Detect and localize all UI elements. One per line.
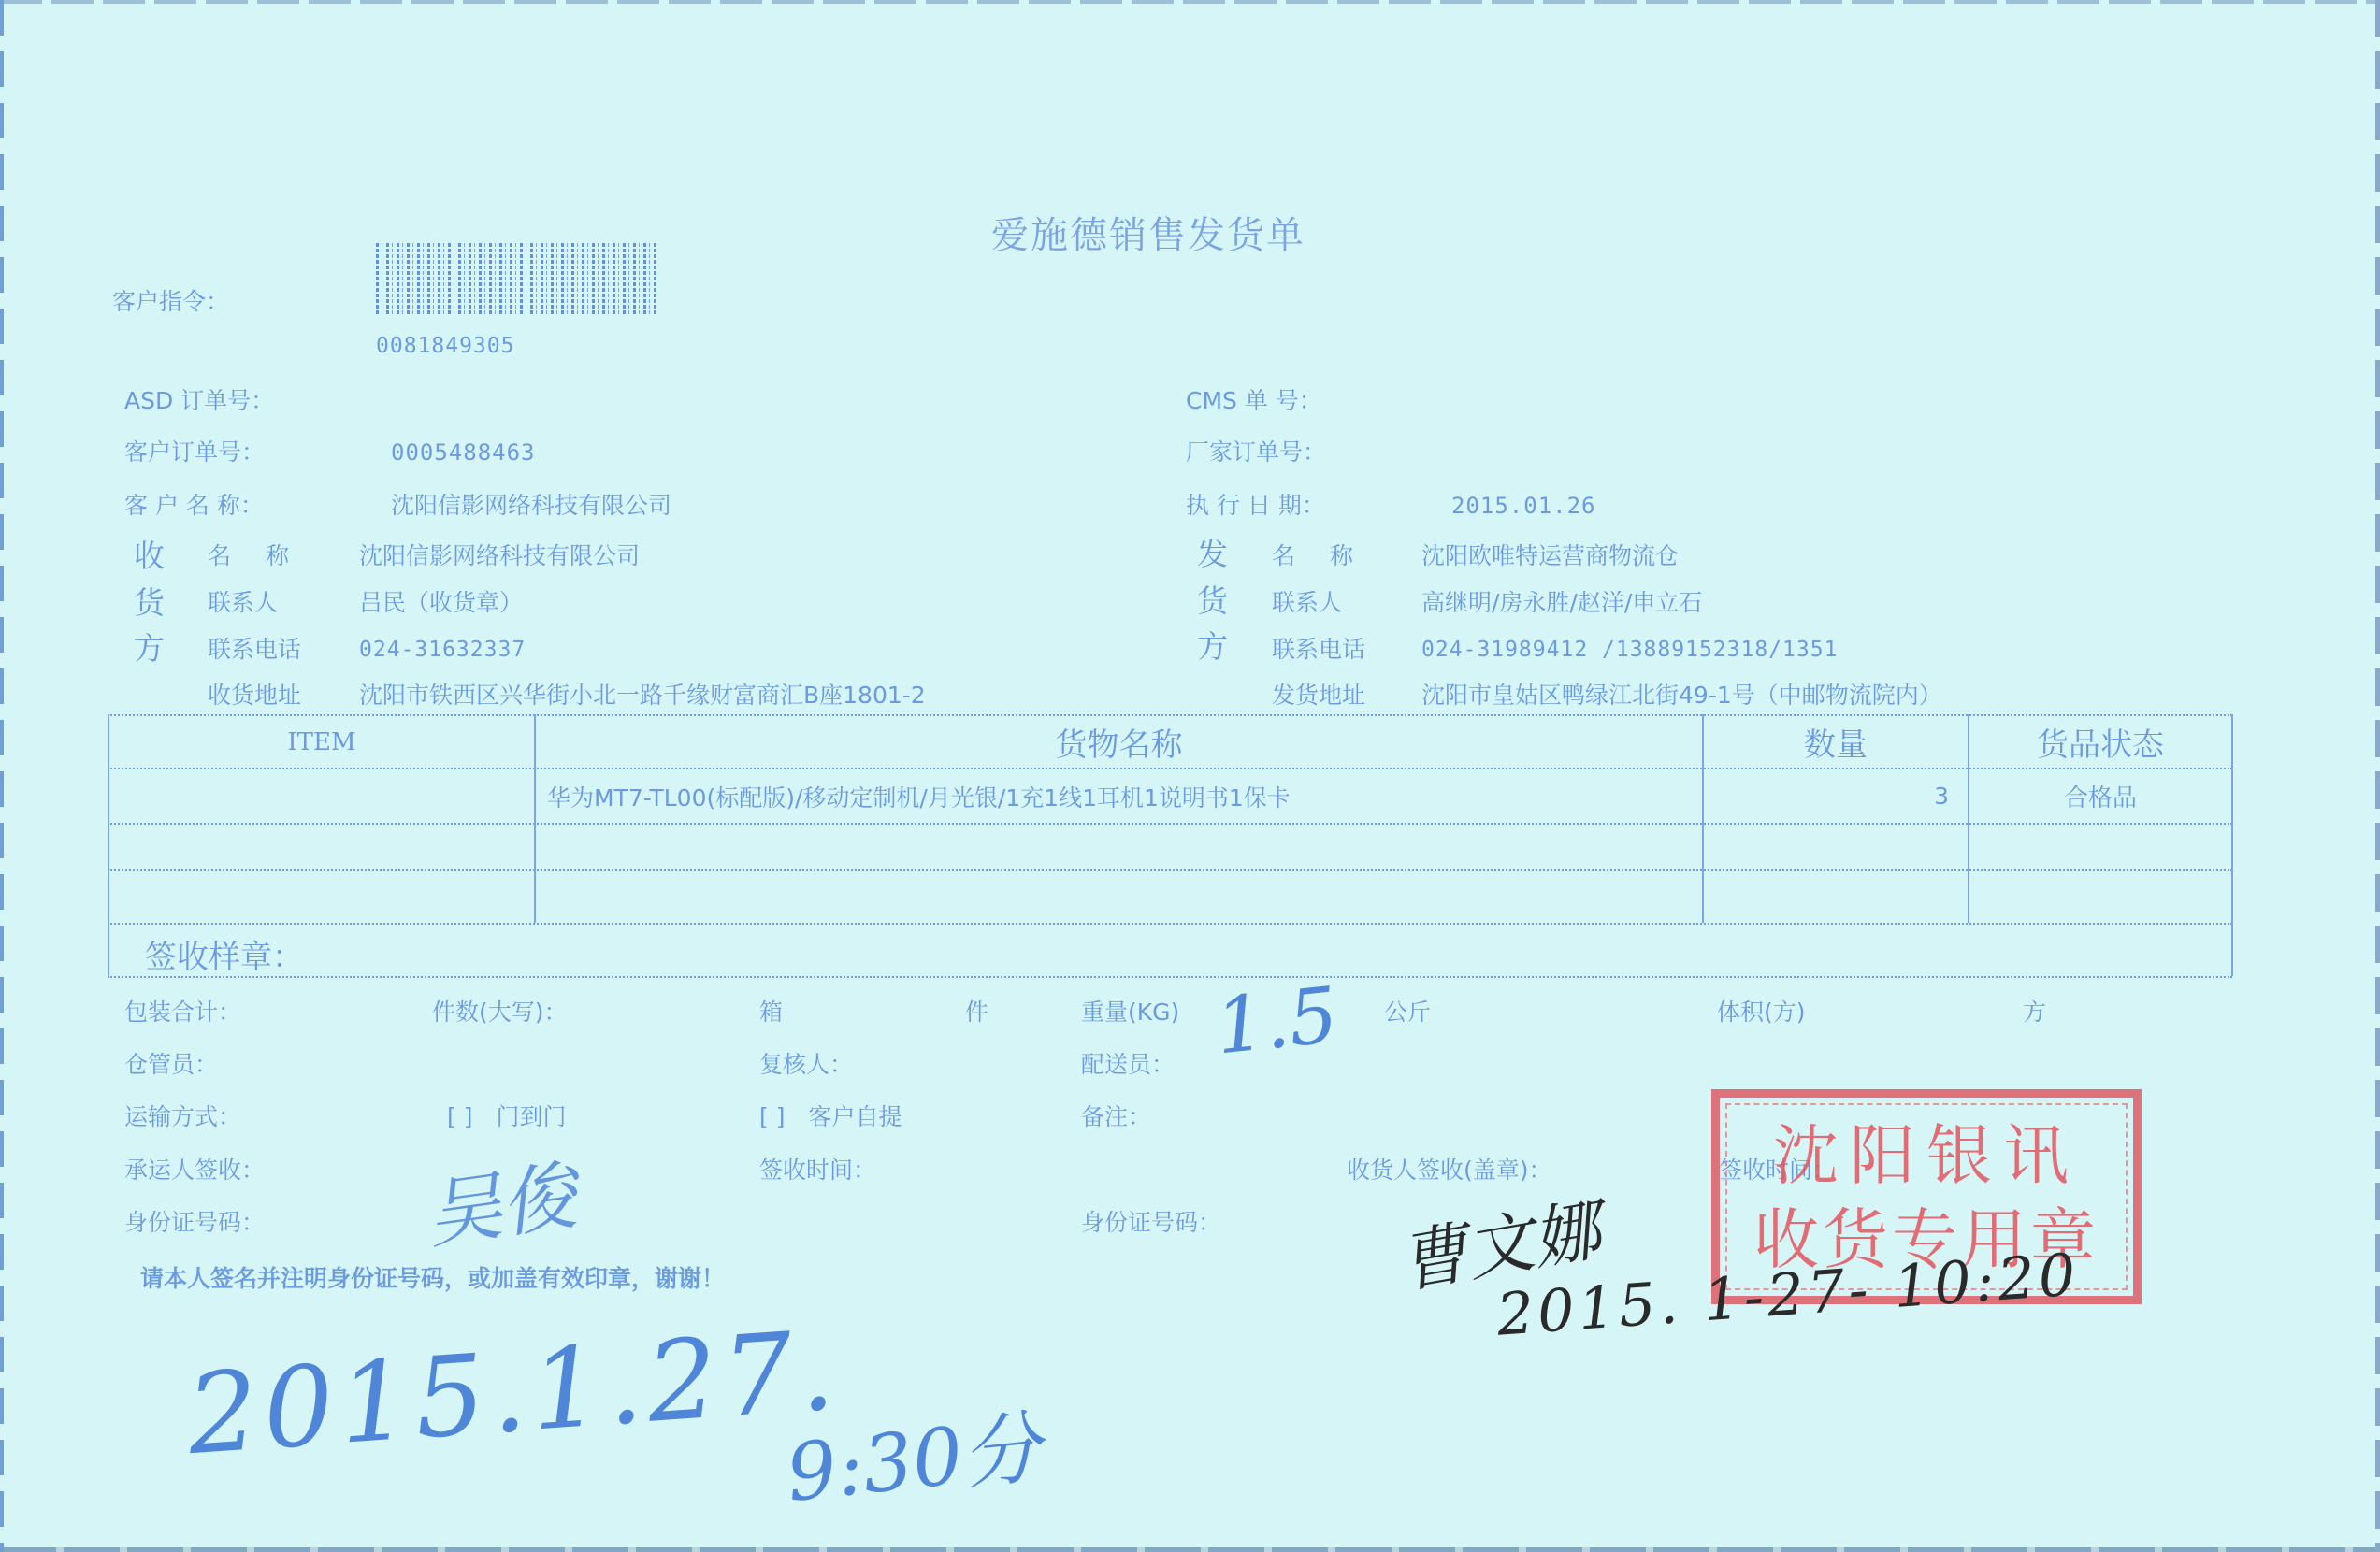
receiver-side-char-3: 方 [134,632,165,666]
weight-label: 重量(KG) [1081,999,1179,1027]
row-goods-name [547,825,1697,869]
carrier-sign-label: 承运人签收： [124,1157,265,1185]
paper-perforation-right [2375,0,2380,1552]
receiver-contact: 吕民（收货章） [359,589,523,617]
paper-perforation-left [0,0,4,1552]
customer-name-value: 沈阳信影网络科技有限公司 [391,492,671,520]
receiver-address-label: 收货地址 [208,682,301,710]
shipper-side-char-3: 方 [1197,630,1228,664]
shipper-side-char-2: 货 [1197,584,1228,618]
warehouse-label: 仓管员： [124,1051,218,1079]
volume-label: 体积(方) [1717,999,1806,1027]
column-header-status: 货品状态 [1969,716,2231,768]
column-header-quantity: 数量 [1704,716,1968,768]
shipper-contact-label: 联系人 [1272,589,1342,617]
barcode-icon [376,241,658,314]
cms-order-label: CMS 单 号： [1186,387,1322,415]
receiver-side-char-1: 收 [134,539,165,573]
receiver-contact-label: 联系人 [208,589,278,617]
receiver-phone: 024-31632337 [359,636,526,664]
box-label: 箱 [759,999,783,1027]
sign-sample-label: 签收样章： [145,939,304,976]
signature-notice: 请本人签名并注明身份证号码，或加盖有效印章，谢谢！ [140,1265,725,1293]
receiver-phone-label: 联系电话 [208,636,301,664]
receiver-address: 沈阳市铁西区兴华街小北一路千缘财富商汇B座1801-2 [359,682,926,710]
remark-label: 备注： [1081,1103,1151,1131]
customer-name-label: 客 户 名 称： [124,492,264,520]
paper-perforation-top [0,0,2380,4]
row-goods-name [547,871,1697,923]
pieces-label: 件数(大写)： [432,999,568,1027]
sign-time-label: 签收时间： [759,1157,876,1185]
column-header-goods-name: 货物名称 [536,716,1702,768]
piece-label: 件 [965,999,988,1027]
customer-order-label: 客户订单号： [124,438,265,467]
table-line [2231,714,2233,976]
receiver-sign-label: 收货人签收(盖章)： [1347,1157,1552,1185]
row-quantity: 3 [1704,769,1949,823]
shipper-address: 沈阳市皇姑区鸭绿江北街49-1号（中邮物流院内） [1421,682,1942,710]
receiver-name: 沈阳信影网络科技有限公司 [359,542,640,570]
table-line [108,923,2232,925]
shipper-contact: 高继明/房永胜/赵洋/申立石 [1421,589,1702,617]
package-total-label: 包装合计： [124,999,241,1027]
receiver-name-label: 名 称 [208,542,295,570]
carrier-signature: 吴俊 [419,1135,582,1262]
handwritten-date: 2015.1.27. [183,1305,844,1479]
paper-perforation-bottom [0,1547,2380,1552]
id-number-label-left: 身份证号码： [124,1209,265,1237]
exec-date-label: 执 行 日 期： [1186,492,1325,520]
stamp-line-1: 沈阳银讯 [1720,1118,2133,1193]
shipper-name: 沈阳欧唯特运营商物流仓 [1421,542,1679,570]
weight-unit: 公斤 [1384,999,1431,1027]
receiver-side-char-2: 货 [134,586,165,620]
reviewer-label: 复核人： [759,1051,853,1079]
door-to-door-checkbox[interactable]: [ ] 门到门 [447,1103,566,1131]
table-line [108,976,2232,978]
courier-label: 配送员： [1081,1051,1175,1079]
handwritten-weight: 1.5 [1211,970,1342,1071]
row-status: 合格品 [1969,769,2231,823]
shipper-phone: 024-31989412 /13889152318/1351 [1421,636,1838,664]
row-item [109,769,534,823]
column-header-item: ITEM [109,716,534,768]
shipper-address-label: 发货地址 [1272,682,1365,710]
id-number-label-right: 身份证号码： [1081,1209,1221,1237]
shipper-name-label: 名 称 [1272,542,1359,570]
customer-instruction-label: 客户指令： [112,288,229,316]
factory-order-label: 厂家订单号： [1186,438,1326,467]
exec-date-value: 2015.01.26 [1451,492,1596,520]
customer-pickup-checkbox[interactable]: [ ] 客户自提 [759,1103,902,1131]
volume-unit: 方 [2023,999,2046,1027]
transport-label: 运输方式： [124,1103,241,1131]
customer-instruction-value: 0081849305 [376,332,514,360]
shipper-side-char-1: 发 [1197,538,1228,571]
row-goods-name: 华为MT7-TL00(标配版)/移动定制机/月光银/1充1线1耳机1说明书1保卡 [547,769,1697,823]
shipper-phone-label: 联系电话 [1272,636,1365,664]
document-title: 爱施德销售发货单 [991,213,1305,258]
asd-order-label: ASD 订单号： [124,387,274,415]
customer-order-value: 0005488463 [391,438,536,467]
